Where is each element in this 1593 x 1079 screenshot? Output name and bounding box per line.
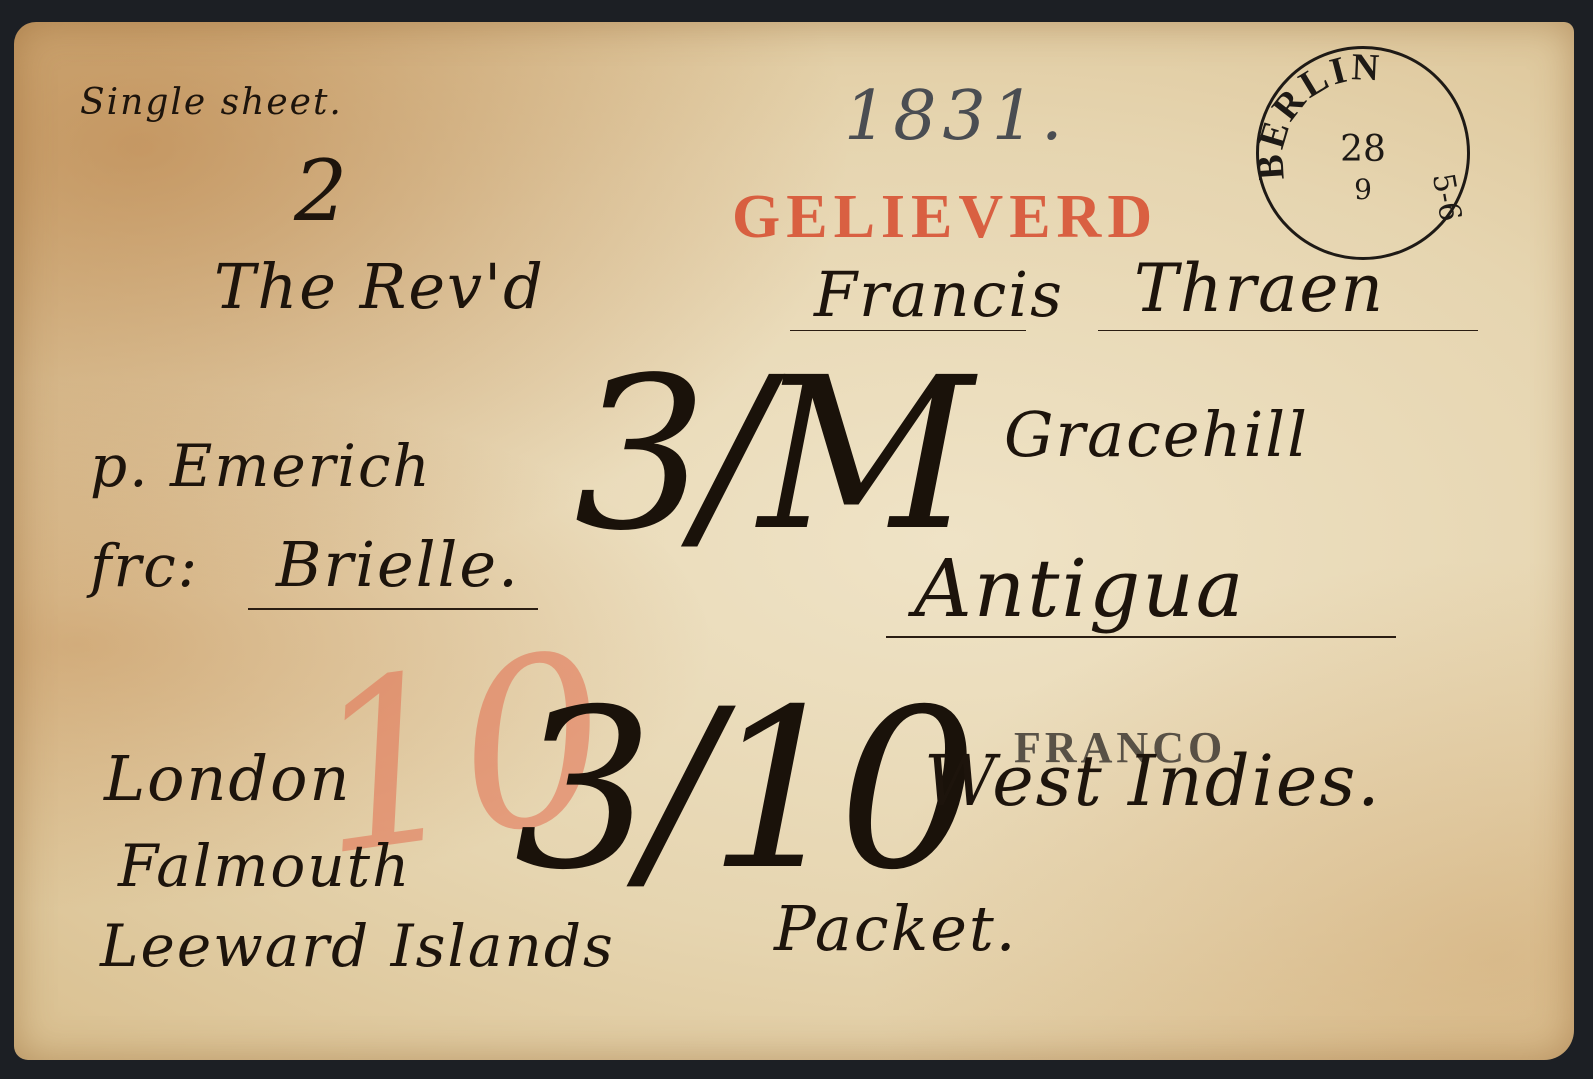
routing-from-prefix: frc: <box>90 532 199 600</box>
manuscript-charge-lower: 3/10 <box>514 662 968 918</box>
rate-mark-2: 2 <box>294 142 349 240</box>
gelieverd-red-handstamp: GELIEVERD <box>732 182 1158 253</box>
route-packet: Packet. <box>774 892 1018 965</box>
route-leeward-islands: Leeward Islands <box>100 912 615 980</box>
address-last-name: Thraen <box>1134 250 1385 327</box>
routing-from-brielle: Brielle. <box>276 528 520 601</box>
cds-month: 9 <box>1354 173 1372 206</box>
address-antigua: Antigua <box>914 542 1245 635</box>
route-london: London <box>104 742 351 815</box>
address-prefix: The Rev'd <box>214 250 545 323</box>
cds-time: 5-6 <box>1425 171 1467 225</box>
address-west-indies: West Indies. <box>924 740 1382 822</box>
underline-first-name <box>790 330 1026 331</box>
address-first-name: Francis <box>814 258 1064 331</box>
endorsement-single-sheet: Single sheet. <box>80 82 343 123</box>
route-falmouth: Falmouth <box>118 832 411 900</box>
manuscript-charge-upper: 3/M <box>574 332 963 577</box>
year-pencil-note: 1831. <box>844 77 1069 156</box>
address-gracehill: Gracehill <box>1004 398 1309 471</box>
cds-day: 28 <box>1340 129 1386 170</box>
routing-via-emerich: p. Emerich <box>90 432 432 500</box>
underline-antigua <box>886 636 1396 638</box>
underline-brielle <box>248 608 538 610</box>
berlin-circular-datestamp: BERLIN 28 9 5-6 <box>1256 46 1470 260</box>
postal-cover: BERLIN 28 9 5-6 Single sheet. 1831. 2 GE… <box>14 22 1574 1060</box>
underline-last-name <box>1098 330 1478 331</box>
